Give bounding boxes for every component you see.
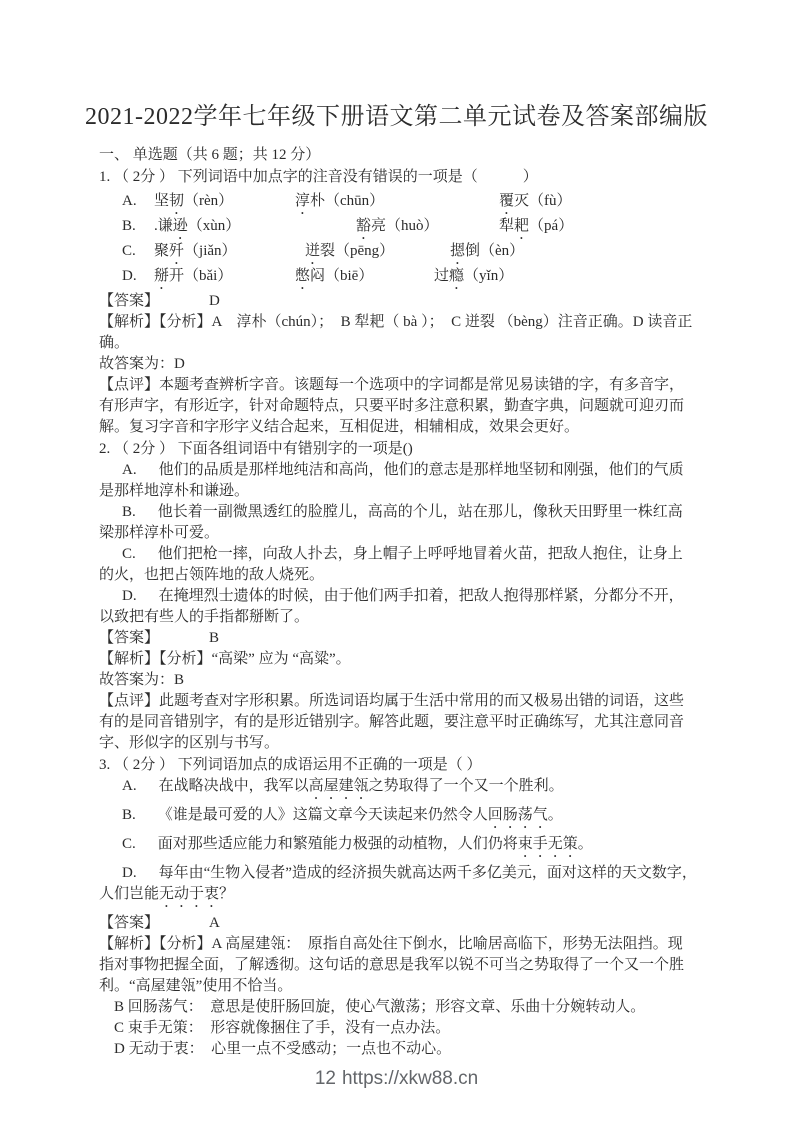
option-d: D.在掩埋烈士遗体的时候，由于他们两手扣着，把敌人抱得那样紧，分都分不开，以致把…	[99, 586, 697, 628]
answer-line: 【答案】A	[99, 913, 697, 934]
option-label: D.	[122, 865, 137, 881]
page-number: 12	[315, 1068, 336, 1089]
option-label: D.	[122, 588, 137, 604]
idiom-definitions: B 回肠荡气： 意思是使肝肠回旋，使心气激荡；形容文章、乐曲十分婉转动人。 C …	[99, 997, 697, 1060]
option-text: 每年由“生物入侵者”造成的经济损失就高达两千多亿美元，面对这样的天文数字，人们岂…	[99, 865, 697, 902]
comment-paragraph: 【点评】此题考查对字形积累。所选词语均属于生活中常用的而又极易出错的词语，这些有…	[99, 691, 697, 754]
answer-label: 【答案】	[99, 915, 159, 931]
word-item: 坚韧（rèn）	[154, 191, 233, 218]
option-c: C. 聚歼（jiǎn） 迸裂（pēng） 摁倒（èn）	[99, 241, 697, 266]
document-body: 一、 单选题（共 6 题；共 12 分） 1. （ 2分 ） 下列词语中加点字的…	[99, 145, 697, 1060]
answer-value: A	[209, 915, 220, 931]
option-text: 面对那些适应能力和繁殖能力极强的动植物，人们仍将束手无策。	[158, 836, 593, 852]
answer-label: 【答案】	[99, 630, 159, 646]
word-item: 摁倒（èn）	[450, 241, 524, 268]
comment-paragraph: 【点评】本题考查辨析字音。该题每一个选项中的字词都是常见易读错的字，有多音字，有…	[99, 375, 697, 438]
option-label: B.	[122, 216, 136, 237]
question-3: 3. （ 2分 ） 下列词语加点的成语运用不正确的一项是（ ） A.在战略决战中…	[99, 755, 697, 1060]
option-b: B.《谁是最可爱的人》这篇文章今天读起来仍然令人回肠荡气。	[99, 805, 697, 832]
option-text: 在掩埋烈士遗体的时候，由于他们两手扣着，把敌人抱得那样紧，分都分不开，以致把有些…	[99, 588, 684, 625]
word-item: 聚歼（jiǎn）	[154, 241, 237, 268]
word-item: 过瘾（yǐn）	[434, 266, 513, 293]
option-label: A.	[122, 778, 137, 794]
word-item: 迸裂（pēng）	[305, 241, 394, 268]
answer-value: D	[209, 293, 220, 309]
option-label: C.	[122, 241, 136, 262]
word-item: 掰开（bǎi）	[154, 266, 232, 293]
analysis-paragraph: 【解析】【分析】A 高屋建瓴： 原指自高处往下倒水，比喻居高临下，形势无法阻挡。…	[99, 934, 697, 997]
watermark-url: https://xkw88.cn	[342, 1068, 478, 1089]
option-label: A.	[122, 191, 137, 212]
page-footer: 12https://xkw88.cn	[0, 1068, 793, 1090]
idiom-definition: B 回肠荡气： 意思是使肝肠回旋，使心气激荡；形容文章、乐曲十分婉转动人。	[99, 997, 697, 1018]
word-item: .谦逊（xùn）	[154, 216, 240, 243]
option-a: A. 坚韧（rèn） 淳朴（chūn） 覆灭（fù）	[99, 191, 697, 216]
option-b: B.他长着一副微黑透红的脸膛儿，高高的个儿，站在那儿，像秋天田野里一株红高梁那样…	[99, 502, 697, 544]
section-heading: 一、 单选题（共 6 题；共 12 分）	[99, 145, 697, 166]
question-2-stem: 2. （ 2分 ） 下面各组词语中有错别字的一项是()	[99, 439, 697, 460]
option-d: D. 掰开（bǎi） 憋闷（biē） 过瘾（yǐn）	[99, 266, 697, 291]
option-text: 在战略决战中，我军以高屋建瓴之势取得了一个又一个胜利。	[159, 778, 564, 794]
word-item: 覆灭（fù）	[499, 191, 572, 218]
answer-line: 【答案】D	[99, 291, 697, 312]
page-title: 2021-2022学年七年级下册语文第二单元试卷及答案部编版	[0, 0, 793, 134]
conclusion-paragraph: 故答案为：D	[99, 354, 697, 375]
word-item: 犁耙（pá）	[499, 216, 573, 243]
question-3-stem: 3. （ 2分 ） 下列词语加点的成语运用不正确的一项是（ ）	[99, 755, 697, 776]
idiom-definition: C 束手无策： 形容就像捆住了手，没有一点办法。	[99, 1018, 697, 1039]
option-text: 他们把枪一摔，向敌人扑去，身上帽子上呼呼地冒着火苗，把敌人抱住，让身上的火，也把…	[99, 546, 683, 583]
option-c: C.他们把枪一摔，向敌人扑去，身上帽子上呼呼地冒着火苗，把敌人抱住，让身上的火，…	[99, 544, 697, 586]
answer-line: 【答案】B	[99, 628, 697, 649]
answer-value: B	[209, 630, 219, 646]
option-a: A.在战略决战中，我军以高屋建瓴之势取得了一个又一个胜利。	[99, 776, 697, 803]
question-1: 1. （ 2分 ） 下列词语中加点字的注音没有错误的一项是（ ） A. 坚韧（r…	[99, 167, 697, 438]
question-1-stem: 1. （ 2分 ） 下列词语中加点字的注音没有错误的一项是（ ）	[99, 167, 697, 188]
option-label: C.	[122, 836, 136, 852]
answer-label: 【答案】	[99, 293, 159, 309]
option-text: 他长着一副微黑透红的脸膛儿，高高的个儿，站在那儿，像秋天田野里一株红高梁那样淳朴…	[99, 504, 683, 541]
word-item: 豁亮（huò）	[356, 216, 439, 243]
exam-document-page: 2021-2022学年七年级下册语文第二单元试卷及答案部编版 一、 单选题（共 …	[0, 0, 793, 1122]
option-b: B. .谦逊（xùn） 豁亮（huò） 犁耙（pá）	[99, 216, 697, 241]
option-label: A.	[122, 462, 137, 478]
option-c: C.面对那些适应能力和繁殖能力极强的动植物，人们仍将束手无策。	[99, 834, 697, 861]
analysis-paragraph: 【解析】【分析】A 淳朴（chún）； B 犁耙（ bà ）； C 迸裂 （bè…	[99, 312, 697, 354]
option-label: C.	[122, 546, 136, 562]
option-text: 他们的品质是那样地纯洁和高尚，他们的意志是那样地坚韧和刚强，他们的气质是那样地淳…	[99, 462, 684, 499]
analysis-paragraph: 【解析】【分析】“高梁” 应为 “高粱”。	[99, 649, 697, 670]
option-label: B.	[122, 504, 136, 520]
option-a: A.他们的品质是那样地纯洁和高尚，他们的意志是那样地坚韧和刚强，他们的气质是那样…	[99, 460, 697, 502]
option-text: 《谁是最可爱的人》这篇文章今天读起来仍然令人回肠荡气。	[158, 807, 563, 823]
word-item: 憋闷（biē）	[295, 266, 373, 293]
question-1-options: A. 坚韧（rèn） 淳朴（chūn） 覆灭（fù） B. .谦逊（xùn） 豁…	[99, 191, 697, 291]
conclusion-paragraph: 故答案为：B	[99, 670, 697, 691]
option-d: D.每年由“生物入侵者”造成的经济损失就高达两千多亿美元，面对这样的天文数字，人…	[99, 863, 697, 911]
option-label: B.	[122, 807, 136, 823]
option-label: D.	[122, 266, 137, 287]
idiom-definition: D 无动于衷： 心里一点不受感动；一点也不动心。	[99, 1039, 697, 1060]
word-item: 淳朴（chūn）	[295, 191, 384, 218]
question-2: 2. （ 2分 ） 下面各组词语中有错别字的一项是() A.他们的品质是那样地纯…	[99, 439, 697, 754]
